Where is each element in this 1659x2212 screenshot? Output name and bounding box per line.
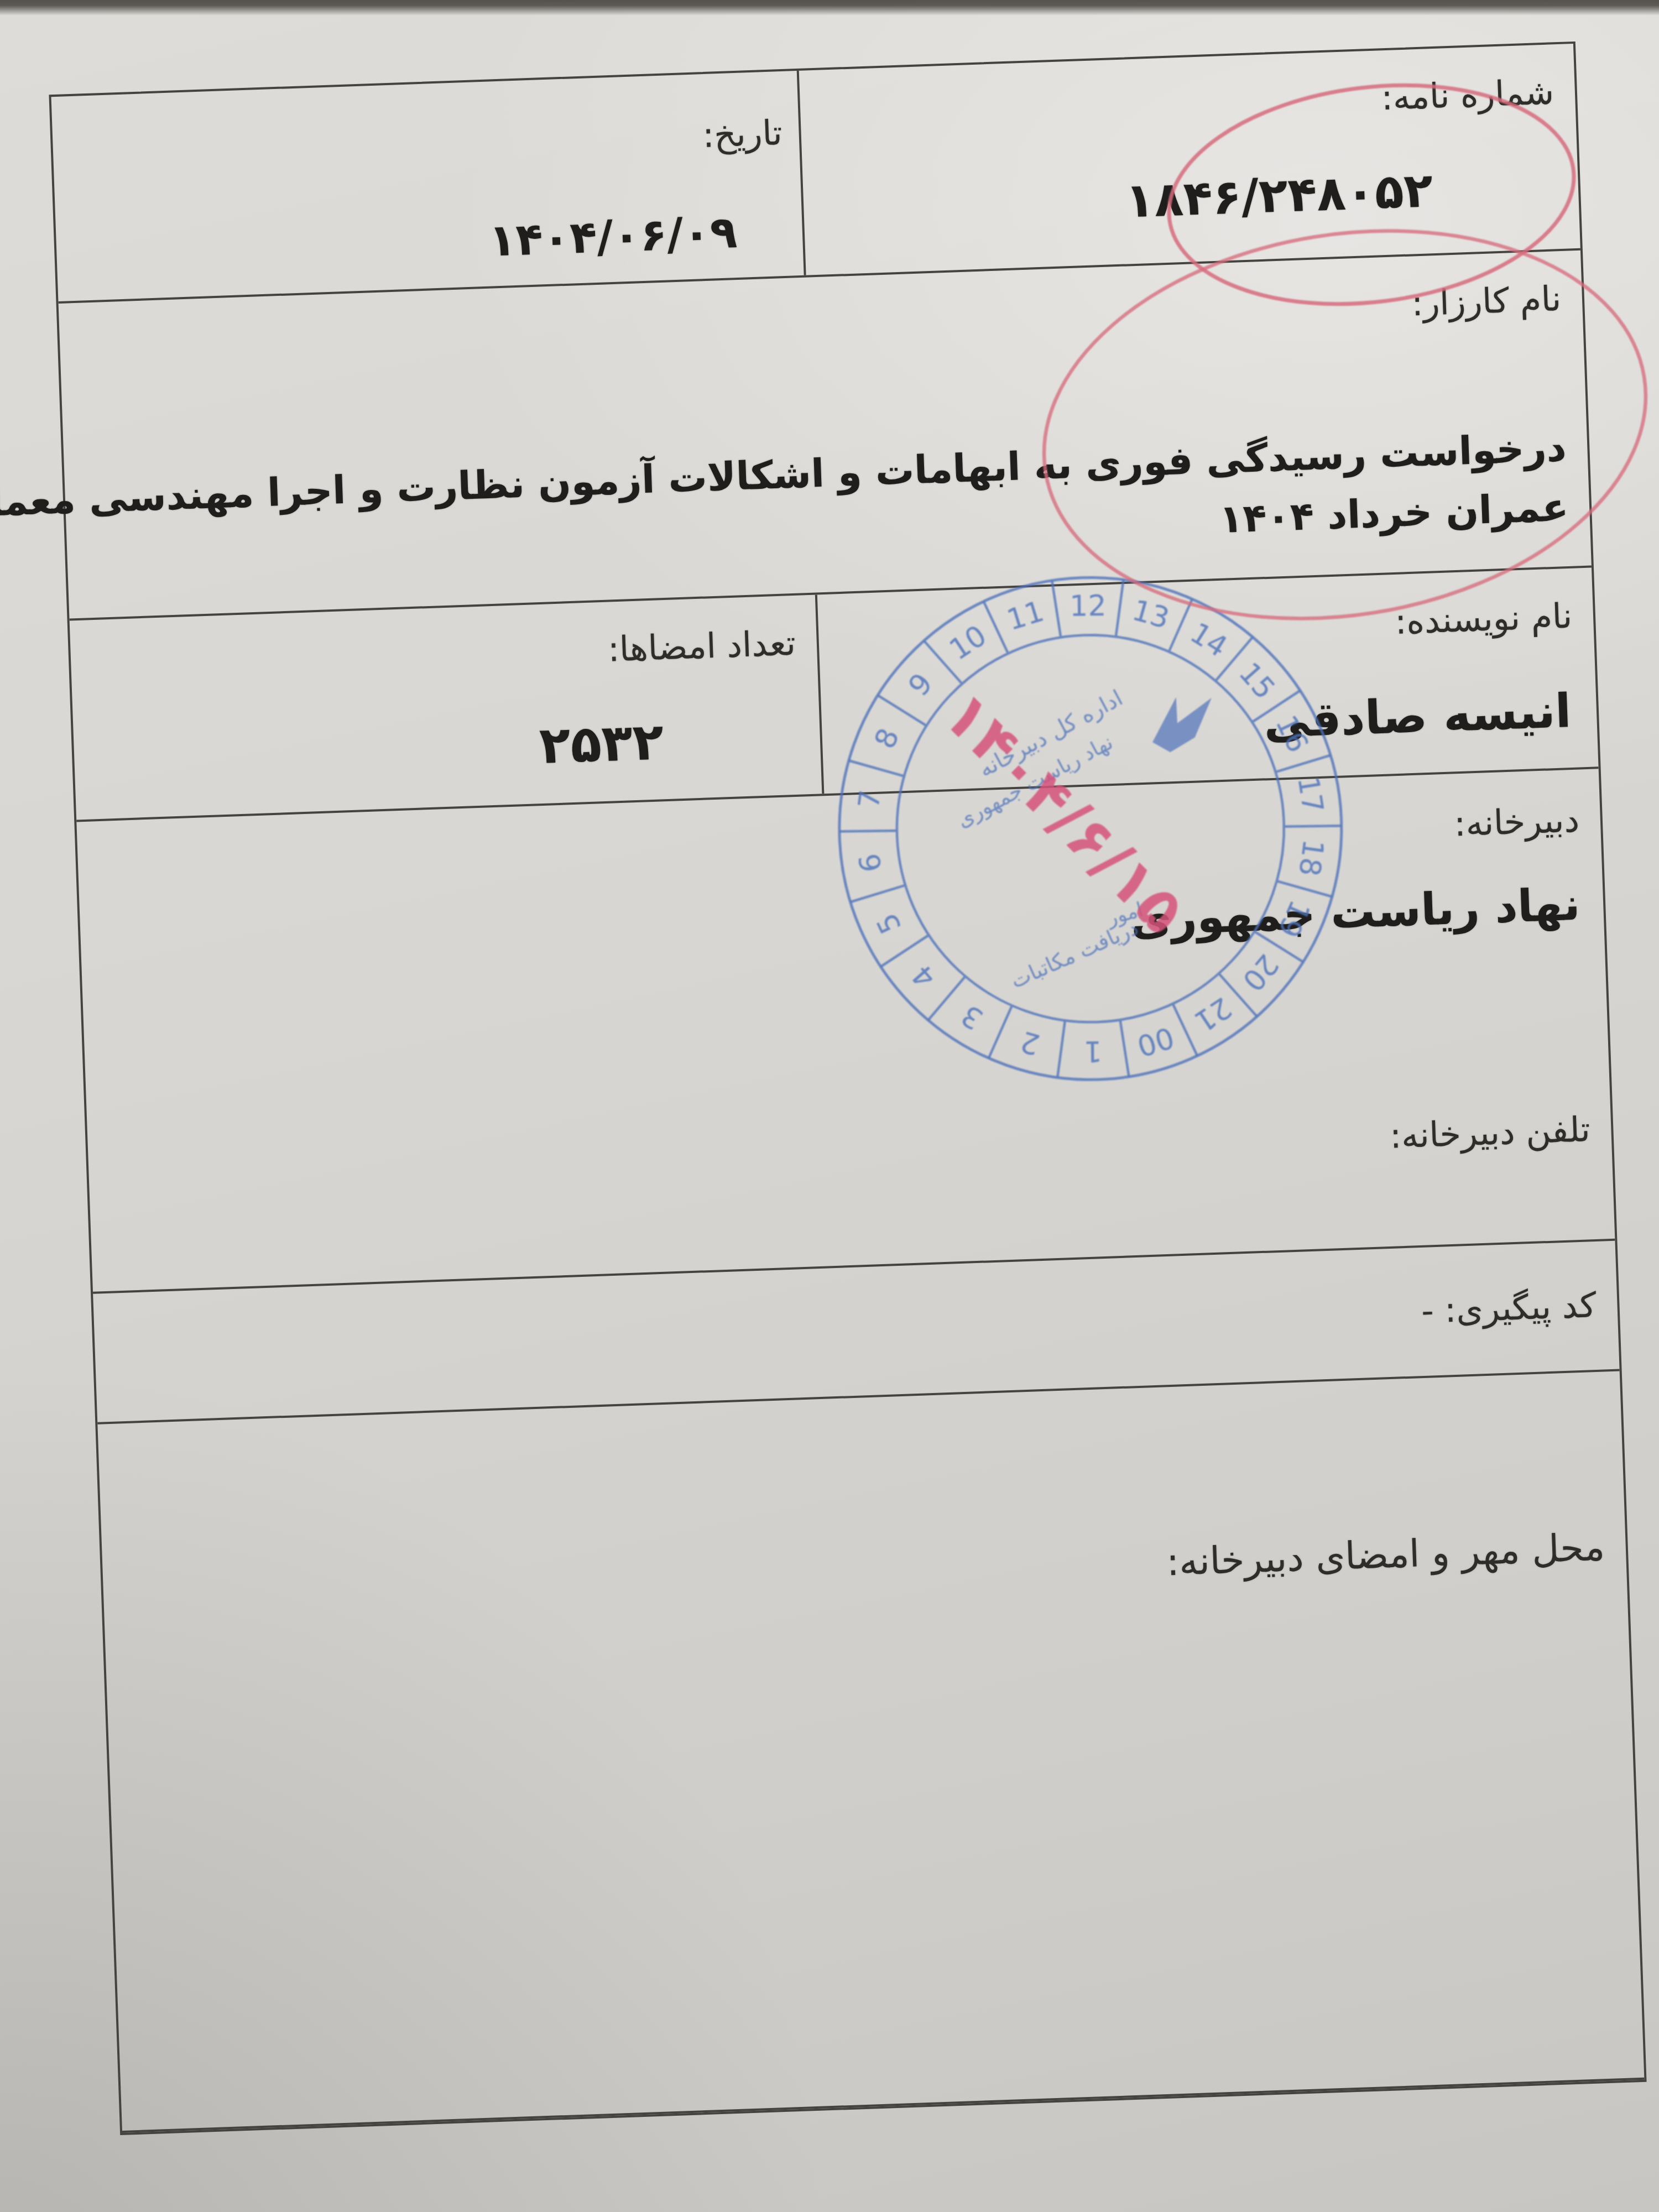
tracking-code-label: کد پیگیری: (1444, 1285, 1597, 1331)
row-secretariat: دبیرخانه: نهاد ریاست جمهوری تلفن دبیرخان… (76, 769, 1615, 1294)
letter-number-value: ۱۸۴۶/۲۴۸۰۵۲ (814, 158, 1558, 241)
author-label: نام نویسنده: (829, 593, 1573, 665)
seal-area-cell: محل مهر و امضای دبیرخانه: (97, 1371, 1644, 2131)
author-cell: نام نویسنده: انیسه صادقی (815, 567, 1599, 794)
campaign-name-cell: نام کارزار: درخواست رسیدگی فوری به ابهام… (0, 251, 1592, 625)
row-campaign-name: نام کارزار: درخواست رسیدگی فوری به ابهام… (59, 251, 1592, 621)
date-cell: تاریخ: ۱۴۰۴/۰۶/۰۹ (51, 71, 804, 301)
author-value: انیسه صادقی (832, 683, 1577, 765)
seal-area-label: محل مهر و امضای دبیرخانه: (109, 1397, 1605, 1625)
photographed-petition-form: شماره نامه: ۱۸۴۶/۲۴۸۰۵۲ تاریخ: ۱۴۰۴/۰۶/۰… (0, 0, 1659, 2212)
date-label: تاریخ: (64, 110, 783, 180)
letter-number-cell: شماره نامه: ۱۸۴۶/۲۴۸۰۵۲ (797, 44, 1580, 275)
signature-count-label: تعداد امضاها: (81, 620, 796, 691)
row-seal-area: محل مهر و امضای دبیرخانه: (97, 1371, 1644, 2133)
petition-form-table: شماره نامه: ۱۸۴۶/۲۴۸۰۵۲ تاریخ: ۱۴۰۴/۰۶/۰… (49, 41, 1646, 2135)
date-value: ۱۴۰۴/۰۶/۰۹ (67, 204, 787, 282)
tracking-code-value: - (1421, 1290, 1434, 1331)
secretariat-value: نهاد ریاست جمهوری (91, 878, 1583, 983)
letter-number-label: شماره نامه: (811, 69, 1554, 140)
secretariat-phone-label: تلفن دبیرخانه: (100, 1107, 1591, 1204)
photo-top-edge-shadow (0, 0, 1659, 17)
secretariat-cell: دبیرخانه: نهاد ریاست جمهوری تلفن دبیرخان… (76, 769, 1615, 1292)
signature-count-cell: تعداد امضاها: ۲۵۳۲ (70, 595, 822, 820)
signature-count-value: ۲۵۳۲ (85, 707, 800, 792)
